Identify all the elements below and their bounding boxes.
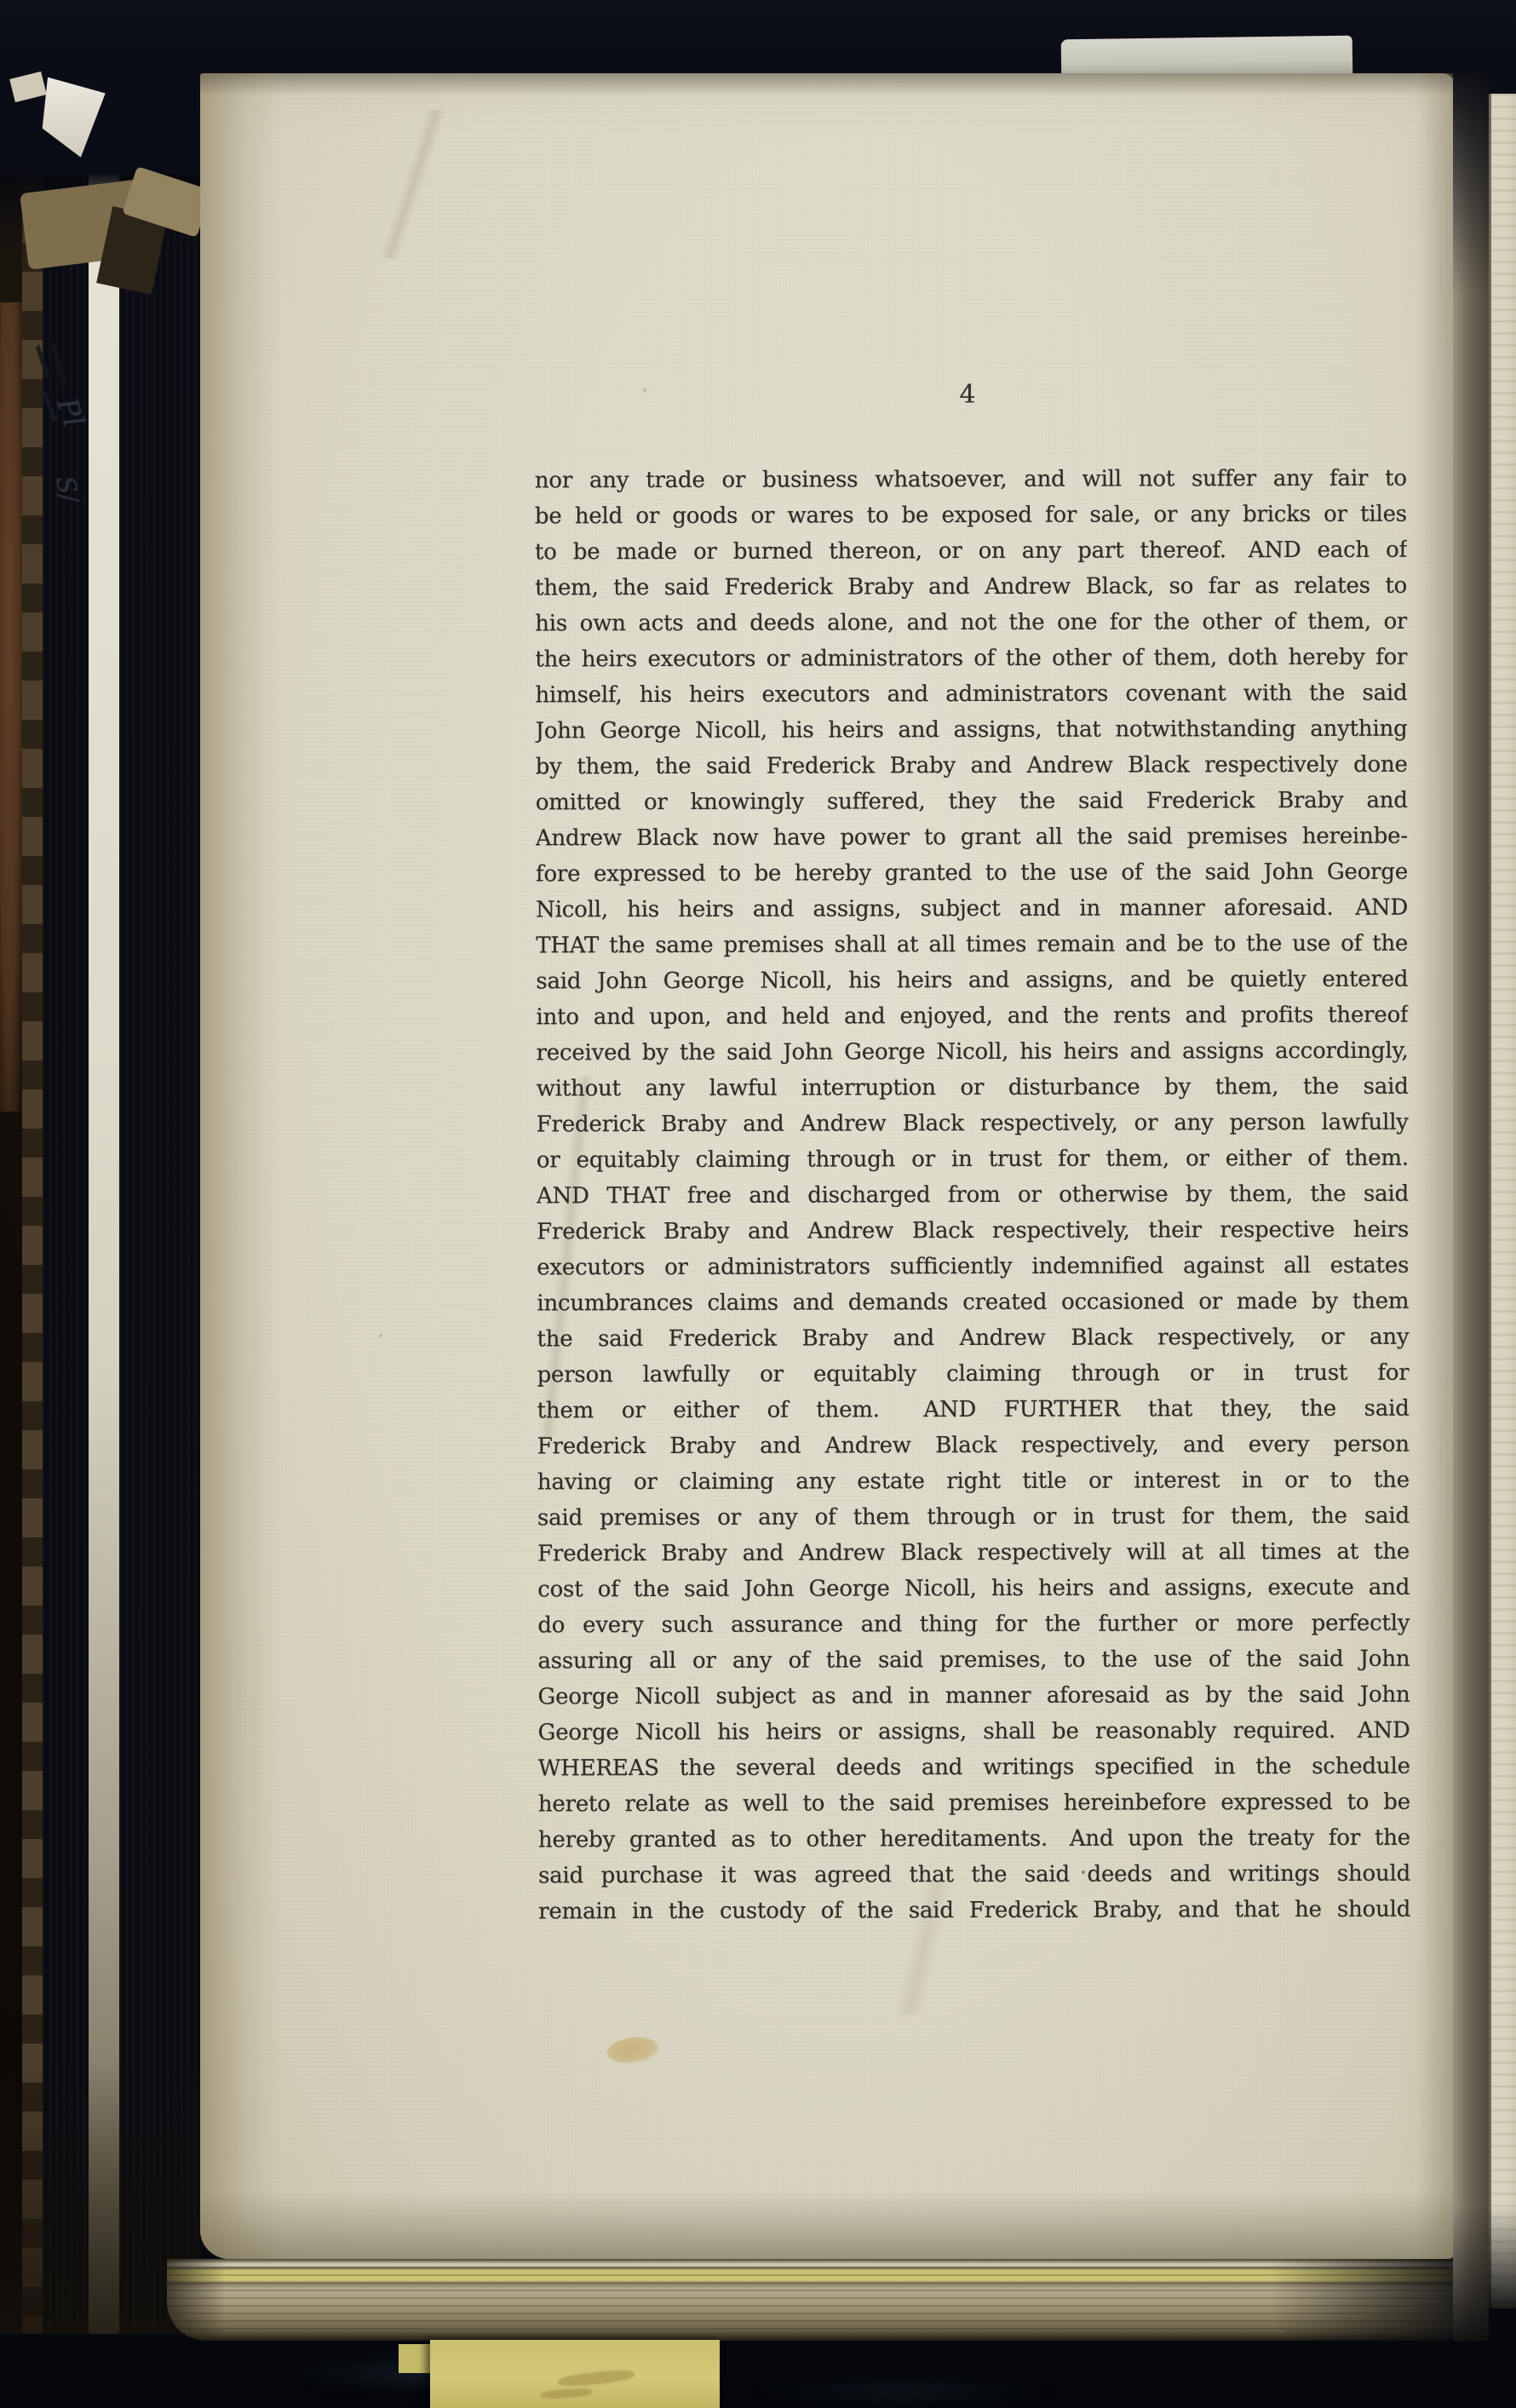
edge-shadow — [1269, 2259, 1456, 2341]
text-line: himself, his heirs executors and adminis… — [535, 675, 1407, 714]
leather-spine-patch — [0, 302, 22, 1112]
text-line: the said Frederick Braby and Andrew Blac… — [537, 1319, 1409, 1358]
page-edge-shadow — [1453, 73, 1489, 2341]
cloth-sheen — [749, 2376, 1056, 2407]
text-line: Andrew Black now have power to grant all… — [536, 819, 1408, 857]
edge-striations — [1489, 94, 1516, 2308]
text-line: person lawfully or equitably claiming th… — [537, 1355, 1409, 1394]
foxing-speck — [379, 1334, 382, 1337]
page-number: 4 — [942, 380, 993, 410]
yellow-insert-edge — [399, 2344, 430, 2373]
text-line: said John George Nicoll, his heirs and a… — [536, 962, 1408, 1000]
page-text: nor any trade or business whatsoever, an… — [535, 461, 1411, 1930]
text-line: Frederick Braby and Andrew Black respect… — [537, 1105, 1409, 1143]
text-line: the heirs executors or administrators of… — [535, 640, 1407, 678]
yellow-insert-tab — [430, 2340, 720, 2408]
text-line: received by the said John George Nicoll,… — [537, 1033, 1409, 1072]
text-line: cost of the said John George Nicoll, his… — [537, 1570, 1410, 1608]
text-line: his own acts and deeds alone, and not th… — [535, 604, 1407, 642]
edge-striations — [167, 2259, 1456, 2341]
text-line: nor any trade or business whatsoever, an… — [535, 461, 1407, 499]
text-line: having or claiming any estate right titl… — [537, 1463, 1410, 1501]
text-line: hereby granted as to other hereditaments… — [538, 1820, 1410, 1859]
text-line: said purchase it was agreed that the sai… — [538, 1856, 1410, 1894]
bottom-page-edges — [167, 2259, 1456, 2341]
text-line: fore expressed to be hereby granted to t… — [536, 854, 1408, 893]
page-bottom-shadow — [200, 2191, 1455, 2259]
text-line: AND THAT free and discharged from or oth… — [537, 1176, 1409, 1215]
text-line: George Nicoll his heirs or assigns, shal… — [538, 1713, 1410, 1751]
tab-faint-writing — [558, 2368, 635, 2388]
text-line: them or either of them. AND FURTHER that… — [537, 1391, 1410, 1429]
edge-shadow — [1453, 73, 1489, 295]
edge-shadow — [1453, 2204, 1489, 2341]
text-line: hereto relate as well to the said premis… — [538, 1784, 1410, 1823]
book-spine-page-edges — [0, 175, 200, 2334]
text-line: Frederick Braby and Andrew Black respect… — [537, 1534, 1410, 1572]
edge-shadow — [1489, 2206, 1516, 2308]
text-line: do every such assurance and thing for th… — [537, 1606, 1410, 1644]
page-edge-strip — [119, 175, 200, 2334]
text-line: to be made or burned thereon, or on any … — [535, 532, 1407, 571]
text-line: or equitably claiming through or in trus… — [537, 1141, 1409, 1179]
text-line: remain in the custody of the said Freder… — [538, 1892, 1410, 1930]
adjacent-leaf-edge — [1489, 94, 1516, 2308]
text-line: without any lawful interruption or distu… — [537, 1069, 1409, 1107]
text-line: them, the said Frederick Braby and Andre… — [535, 568, 1407, 606]
text-line: incumbrances claims and demands created … — [537, 1284, 1409, 1322]
page-edge-strip — [22, 175, 43, 2334]
text-line: assuring all or any of the said premises… — [537, 1641, 1410, 1680]
text-line: by them, the said Frederick Braby and An… — [536, 747, 1408, 785]
text-line: John George Nicoll, his heirs and assign… — [536, 711, 1408, 750]
paper-crease — [293, 93, 534, 275]
page-edge-strip-white — [89, 175, 119, 2334]
tab-faint-writing — [541, 2388, 593, 2399]
text-line: WHEREAS the several deeds and writings s… — [538, 1749, 1410, 1787]
text-line: George Nicoll subject as and in manner a… — [537, 1677, 1410, 1715]
page-right-shadow — [1417, 73, 1455, 2259]
text-line: THAT the same premises shall at all time… — [536, 926, 1408, 964]
text-line: be held or goods or wares to be exposed … — [535, 497, 1407, 535]
text-line: Frederick Braby and Andrew Black respect… — [537, 1427, 1410, 1465]
text-line: Nicoll, his heirs and assigns, subject a… — [536, 890, 1408, 928]
page-top-shadow — [200, 73, 1455, 95]
text-line: omitted or knowingly suffered, they the … — [536, 783, 1408, 821]
text-line: executors or administrators sufficiently… — [537, 1248, 1409, 1286]
text-line: said premises or any of them through or … — [537, 1498, 1410, 1537]
text-line: Frederick Braby and Andrew Black respect… — [537, 1212, 1409, 1250]
foxing-speck — [643, 388, 646, 392]
gutter-shadow — [200, 73, 281, 2259]
text-line: into and upon, and held and enjoyed, and… — [536, 997, 1408, 1036]
